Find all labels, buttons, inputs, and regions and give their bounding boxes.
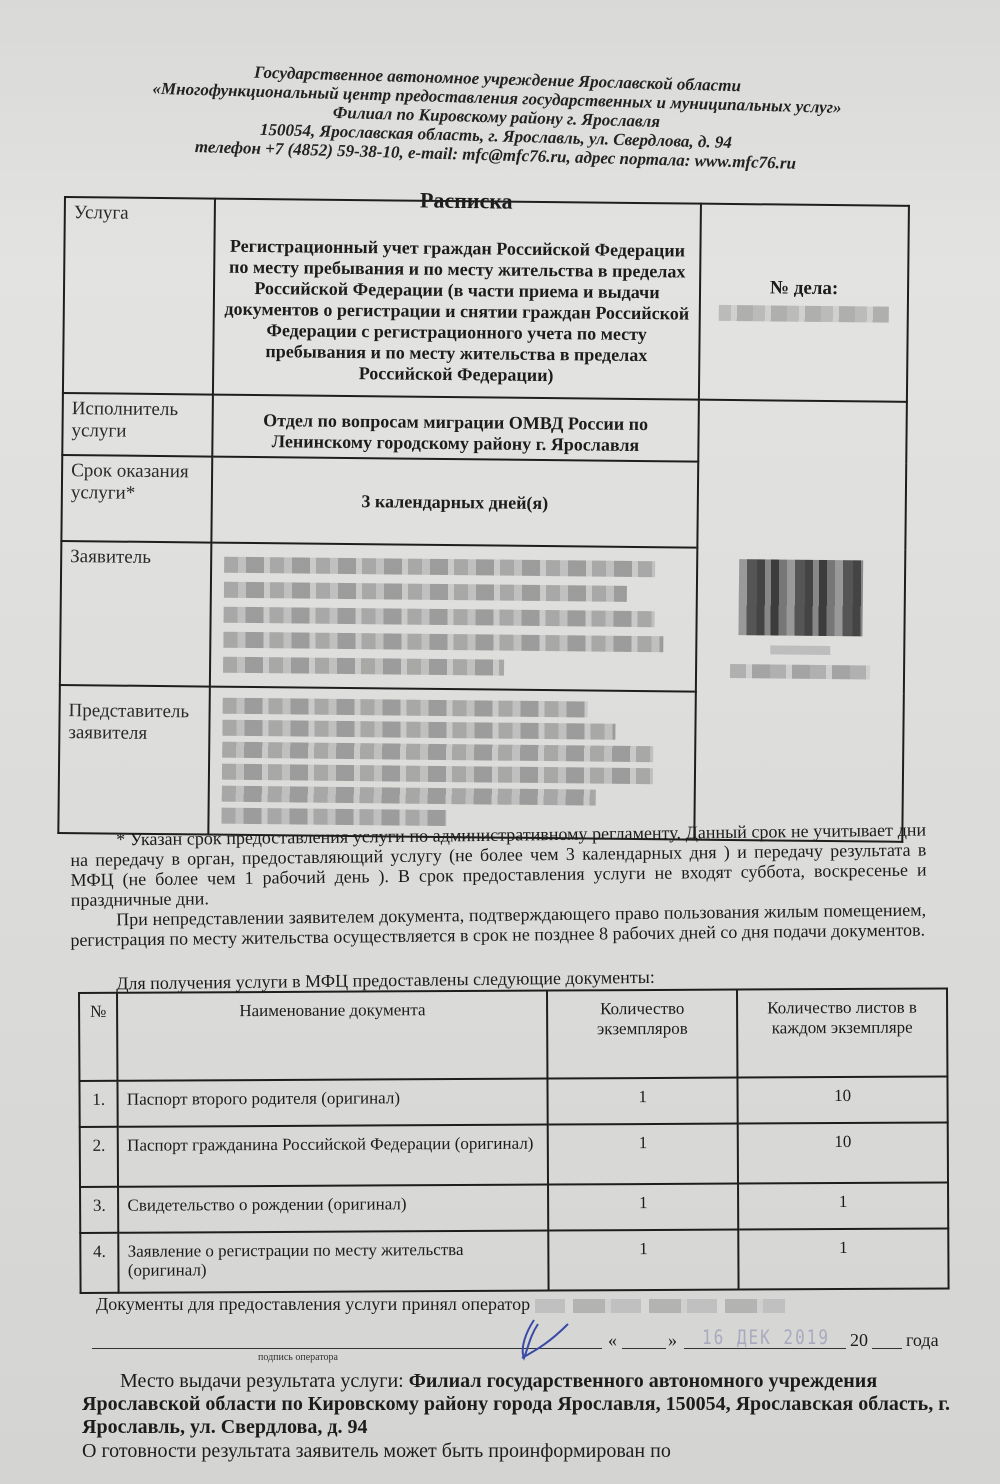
applicant-value-redacted — [210, 543, 698, 692]
representative-label: Представитель заявителя — [58, 685, 209, 835]
col-header-sheets: Количество листов в каждом экземпляре — [737, 988, 947, 1077]
row-document-name: Паспорт гражданина Российской Федерации … — [118, 1125, 548, 1187]
row-sheets: 10 — [737, 1076, 947, 1123]
operator-line: Документы для предоставления услуги прин… — [96, 1294, 785, 1315]
documents-table: № Наименование документа Количество экзе… — [78, 987, 950, 1294]
organization-header: Государственное автономное учреждение Яр… — [85, 58, 907, 176]
readiness-text: О готовности результата заявитель может … — [82, 1440, 671, 1463]
representative-value-redacted — [208, 687, 696, 840]
signature-caption: подпись оператора — [258, 1352, 338, 1363]
signature-row: подпись оператора « » 16 ДЕК 2019 20 год… — [92, 1330, 954, 1360]
table-row: 3. Свидетельство о рождении (оригинал) 1… — [80, 1182, 948, 1233]
col-header-count: Количество экземпляров — [547, 990, 737, 1079]
operator-name-redacted — [535, 1299, 785, 1313]
table-row: 4. Заявление о регистрации по месту жите… — [80, 1228, 948, 1293]
receipt-document: Государственное автономное учреждение Яр… — [0, 0, 1000, 1484]
table-row: 1. Паспорт второго родителя (оригинал) 1… — [79, 1076, 947, 1127]
col-header-name: Наименование документа — [117, 991, 547, 1081]
barcode-number — [730, 664, 870, 679]
applicant-label: Заявитель — [60, 541, 211, 687]
row-sheets: 1 — [738, 1182, 948, 1229]
documents-header-row: № Наименование документа Количество экзе… — [79, 988, 947, 1081]
result-place: Место выдачи результата услуги: Филиал г… — [82, 1370, 962, 1439]
year-prefix: 20 — [850, 1330, 868, 1351]
service-value: Регистрационный учет граждан Российской … — [213, 199, 701, 400]
row-number: 4. — [80, 1233, 119, 1293]
row-count: 1 — [548, 1184, 738, 1231]
term-label: Срок оказания услуги* — [61, 455, 212, 543]
row-sheets: 1 — [738, 1228, 948, 1289]
barcode-cell — [694, 400, 907, 842]
case-number-redacted — [719, 305, 889, 323]
col-header-number: № — [79, 993, 118, 1081]
executor-label: Исполнитель услуги — [62, 393, 213, 457]
row-executor: Исполнитель услуги Отдел по вопросам миг… — [62, 393, 907, 464]
service-label: Услуга — [63, 197, 215, 395]
year-blank — [872, 1348, 902, 1349]
case-number-cell: № дела: — [699, 204, 909, 402]
row-number: 3. — [80, 1187, 119, 1233]
barcode-caption — [770, 645, 830, 655]
executor-value: Отдел по вопросам миграции ОМВД России п… — [212, 395, 699, 462]
date-quote-close: » — [668, 1330, 677, 1351]
row-document-name: Паспорт второго родителя (оригинал) — [118, 1079, 548, 1127]
operator-text: Документы для предоставления услуги прин… — [96, 1294, 530, 1314]
handwritten-signature-icon — [512, 1318, 572, 1362]
term-value: 3 календарных дней(я) — [211, 457, 698, 548]
row-sheets: 10 — [738, 1122, 948, 1183]
case-number-label: № дела: — [709, 277, 899, 301]
receipt-table: Услуга Регистрационный учет граждан Росс… — [57, 196, 910, 843]
row-count: 1 — [548, 1124, 738, 1185]
result-place-label: Место выдачи результата услуги: — [120, 1370, 404, 1392]
row-number: 2. — [80, 1127, 119, 1187]
day-blank — [622, 1348, 666, 1349]
row-document-name: Заявление о регистрации по месту жительс… — [119, 1231, 549, 1293]
date-quote-open: « — [608, 1330, 617, 1351]
row-document-name: Свидетельство о рождении (оригинал) — [118, 1185, 548, 1233]
barcode-image — [738, 559, 863, 636]
row-service: Услуга Регистрационный учет граждан Росс… — [63, 197, 909, 402]
table-row: 2. Паспорт гражданина Российской Федерац… — [80, 1122, 948, 1187]
footnote-paragraph: * Указан срок предоставления услуги по а… — [70, 820, 927, 910]
date-stamp: 16 ДЕК 2019 — [702, 1326, 830, 1349]
row-number: 1. — [79, 1081, 118, 1127]
row-count: 1 — [549, 1230, 739, 1291]
year-suffix: года — [906, 1330, 939, 1351]
row-count: 1 — [548, 1078, 738, 1125]
